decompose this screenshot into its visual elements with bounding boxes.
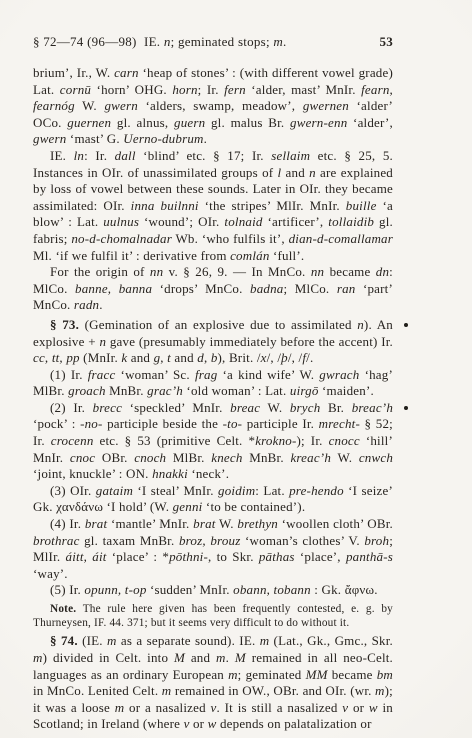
text-run: ‘way’. <box>33 566 68 581</box>
text-run: W. <box>260 400 290 415</box>
italic-text: no-d-chomalnadar <box>71 231 172 246</box>
italic-text: opunn, t-op <box>84 582 146 597</box>
text-run: gave (presumably immediately before the … <box>106 334 393 349</box>
text-run: depends on palatalization or <box>217 716 372 731</box>
text-run: (Lat., Gk., Gmc., Skr. <box>269 633 393 648</box>
italic-text: n <box>164 34 171 49</box>
italic-text: mrecht- <box>319 416 360 431</box>
text-run: . <box>204 131 207 146</box>
italic-text: pōthni- <box>169 549 208 564</box>
text-run: ‘maiden’. <box>319 383 374 398</box>
text-run: : Ir. <box>84 148 115 163</box>
text-run: gl. alnus, <box>111 115 174 130</box>
text-run: ; MlCo. <box>284 281 337 296</box>
text-run: MnBr. <box>106 383 147 398</box>
text-run: /, / <box>267 350 282 365</box>
italic-text: guern <box>174 115 205 130</box>
text-run: ‘the stripes’ MlIr. MnIr. <box>199 198 346 213</box>
item-4: (4) Ir. brat ‘mantle’ MnIr. brat W. bret… <box>33 516 393 582</box>
text-run: Ml. ‘if we fulfil it’ : derivative from <box>33 248 230 263</box>
italic-text: genni <box>173 499 203 514</box>
italic-text: broz, brouz <box>179 533 241 548</box>
text-run: ‘a kind wife’ W. <box>217 367 319 382</box>
text-run: IE. <box>144 34 164 49</box>
italic-text: m <box>162 683 172 698</box>
italic-text: broh <box>364 533 389 548</box>
text-run: ‘drops’ MnCo. <box>152 281 250 296</box>
italic-text: knech <box>211 450 242 465</box>
italic-text: w <box>369 700 378 715</box>
text-run: /, / <box>288 350 303 365</box>
paragraph-brium-continuation: brium’, Ir., W. carn ‘heap of stones’ : … <box>33 65 393 148</box>
italic-text: m <box>216 650 226 665</box>
italic-text: gataim <box>96 483 133 498</box>
italic-text: m <box>273 34 283 49</box>
text-block: § 72—74 (96—98) IE. n; geminated stops; … <box>33 34 393 733</box>
text-run: ‘alder, mast’ MnIr. <box>246 82 361 97</box>
text-run: . <box>99 297 102 312</box>
item-3: (3) OIr. gataim ‘I steal’ MnIr. goidim: … <box>33 483 393 516</box>
italic-text: goidim <box>218 483 255 498</box>
italic-text: inna builnni <box>131 198 199 213</box>
italic-text: w <box>208 716 217 731</box>
text-run: ‘full’. <box>270 248 305 263</box>
text-run: W. <box>216 516 238 531</box>
italic-text: b <box>211 350 218 365</box>
italic-text: brothrac <box>33 533 80 548</box>
text-run: . <box>226 650 235 665</box>
text-run: OBr. <box>95 450 134 465</box>
bold-text: § 73. <box>50 317 79 332</box>
italic-text: banne, banna <box>75 281 152 296</box>
italic-text: tollaidib <box>328 214 374 229</box>
text-run: , <box>204 350 211 365</box>
italic-text: brat <box>85 516 107 531</box>
text-run: became <box>324 264 376 279</box>
book-page: § 72—74 (96—98) IE. n; geminated stops; … <box>0 0 472 738</box>
text-run: : Lat. <box>255 483 289 498</box>
italic-text: m <box>107 633 117 648</box>
text-run: became <box>328 667 377 682</box>
text-run: or a nasalized <box>124 700 210 715</box>
italic-text: kreac’h <box>290 450 331 465</box>
text-run: W. <box>75 98 105 113</box>
italic-text: M <box>174 650 185 665</box>
text-run: /. <box>306 350 313 365</box>
text-run: ‘blind’ etc. § 17; Ir. <box>136 148 272 163</box>
section-74: § 74. (IE. m as a separate sound). IE. m… <box>33 633 393 733</box>
text-run: remained in OW., OBr. and OIr. (wr. <box>171 683 375 698</box>
bold-text: § 74. <box>50 633 78 648</box>
text-run: participle beside the <box>103 416 223 431</box>
italic-text: nn <box>311 264 324 279</box>
italic-text: crocenn <box>51 433 94 448</box>
italic-text: pāthas <box>259 549 295 564</box>
item-2: (2) Ir. brecc ‘speckled’ MnIr. breac W. … <box>33 400 393 483</box>
italic-text: M <box>235 650 246 665</box>
italic-text: dian-d-comallamar <box>289 231 393 246</box>
text-run: or <box>190 716 208 731</box>
italic-text: -to- <box>223 416 243 431</box>
italic-text: ln <box>74 148 85 163</box>
italic-text: MM <box>306 667 328 682</box>
text-run: in MnCo. Lenited Celt. <box>33 683 162 698</box>
text-run: . <box>283 34 287 49</box>
italic-text: n <box>309 165 316 180</box>
text-run: etc. § 53 (primitive Celt. * <box>94 433 256 448</box>
bold-text: Note. <box>50 603 76 615</box>
running-title: IE. n; geminated stops; m. <box>144 34 287 50</box>
italic-text: cc, tt, pp <box>33 350 80 365</box>
text-run: ‘horn’ OHG. <box>91 82 172 97</box>
text-run: MlBr. <box>166 450 211 465</box>
text-run: IE. <box>50 148 74 163</box>
text-run: ), Brit. / <box>218 350 261 365</box>
text-run: ; Ir. <box>198 82 224 97</box>
text-run: ‘mast’ G. <box>66 131 123 146</box>
italic-text: krokno- <box>255 433 296 448</box>
italic-text: n <box>357 317 364 332</box>
italic-text: groach <box>68 383 106 398</box>
text-run: The rule here given has been frequently … <box>33 603 393 629</box>
italic-text: sellaim <box>271 148 310 163</box>
text-run: Wb. ‘who fulfils it’, <box>172 231 289 246</box>
italic-text: pre-hendo <box>289 483 344 498</box>
text-run: ‘pock’ : <box>33 416 80 431</box>
text-run: (5) Ir. <box>50 582 84 597</box>
italic-text: cnoch <box>134 450 166 465</box>
page-body: brium’, Ir., W. carn ‘heap of stones’ : … <box>33 65 393 733</box>
paragraph-ie-ln: IE. ln: Ir. dall ‘blind’ etc. § 17; Ir. … <box>33 148 393 264</box>
italic-text: breac’h <box>352 400 393 415</box>
text-run: (1) Ir. <box>50 367 88 382</box>
text-run: (IE. <box>78 633 107 648</box>
italic-text: m <box>375 683 385 698</box>
italic-text: áitt, áit <box>66 549 107 564</box>
text-run: ‘mantle’ MnIr. <box>107 516 193 531</box>
text-run: ‘I steal’ MnIr. <box>133 483 218 498</box>
italic-text: gwernen <box>303 98 349 113</box>
text-run: ‘alders, swamp, meadow’, <box>138 98 303 113</box>
italic-text: gwrach <box>319 367 359 382</box>
text-run: and <box>281 165 309 180</box>
italic-text: cnoc <box>70 450 95 465</box>
italic-text: carn <box>114 65 139 80</box>
text-run: brium’, Ir., W. <box>33 65 114 80</box>
italic-text: gwern <box>33 131 66 146</box>
italic-text: obann, tobann <box>233 582 311 597</box>
italic-text: badna <box>250 281 283 296</box>
text-run: ‘wound’; OIr. <box>139 214 224 229</box>
text-run: (2) Ir. <box>50 400 93 415</box>
italic-text: comlán <box>230 248 269 263</box>
italic-text: frag <box>195 367 217 382</box>
italic-text: horn <box>172 82 197 97</box>
text-run: Br. <box>320 400 351 415</box>
section-range: § 72—74 (96—98) <box>33 34 137 50</box>
italic-text: grac’h <box>147 383 183 398</box>
italic-text: panthā-s <box>346 549 393 564</box>
text-run: ‘old woman’ : Lat. <box>183 383 290 398</box>
text-run: participle Ir. <box>242 416 318 431</box>
italic-text: -no- <box>80 416 102 431</box>
italic-text: fern <box>224 82 246 97</box>
text-run: ‘place’, <box>295 549 346 564</box>
italic-text: m <box>115 700 125 715</box>
italic-text: uulnus <box>103 214 139 229</box>
italic-text: dall <box>115 148 136 163</box>
text-run: ; geminated <box>238 667 306 682</box>
italic-text: brat <box>193 516 215 531</box>
text-run: ‘sudden’ MnIr. <box>147 582 234 597</box>
italic-text: guernen <box>67 115 111 130</box>
italic-text: m <box>228 667 238 682</box>
italic-text: tolnaid <box>224 214 262 229</box>
italic-text: cnwch <box>359 450 393 465</box>
italic-text: radn <box>74 297 99 312</box>
italic-text: nn <box>150 264 163 279</box>
note: Note. The rule here given has been frequ… <box>33 602 393 630</box>
italic-text: m <box>33 650 43 665</box>
text-run: ‘joint, knuckle’ : ON. <box>33 466 152 481</box>
italic-text: breac <box>230 400 260 415</box>
italic-text: uirgō <box>290 383 319 398</box>
text-run: ; geminated stops; <box>171 34 274 49</box>
italic-text: fracc <box>88 367 116 382</box>
text-run: ‘place’ : * <box>107 549 170 564</box>
text-run: ‘to be contained’). <box>202 499 305 514</box>
italic-text: brych <box>290 400 321 415</box>
text-run: , to Skr. <box>208 549 259 564</box>
text-run: ) divided in Celt. into <box>43 650 174 665</box>
text-run: and <box>185 650 216 665</box>
italic-text: brethyn <box>237 516 278 531</box>
italic-text: gwern <box>104 98 137 113</box>
text-run: ); Ir. <box>297 433 329 448</box>
italic-text: gwern-enn <box>290 115 347 130</box>
text-run: ‘woman’s clothes’ V. <box>240 533 364 548</box>
text-run: (MnIr. <box>80 350 122 365</box>
item-5: (5) Ir. opunn, t-op ‘sudden’ MnIr. obann… <box>33 582 393 599</box>
section-73: § 73. (Gemination of an explosive due to… <box>33 317 393 367</box>
italic-text: cnocc <box>329 433 360 448</box>
text-run: gl. taxam MnBr. <box>80 533 179 548</box>
text-run: ‘artificer’, <box>263 214 329 229</box>
italic-text: ran <box>337 281 356 296</box>
text-run: as a separate sound). IE. <box>117 633 260 648</box>
page-header: § 72—74 (96—98) IE. n; geminated stops; … <box>33 34 393 50</box>
text-run: (3) OIr. <box>50 483 96 498</box>
text-run: : Gk. ἄφνω. <box>311 582 378 597</box>
text-run: ‘woman’ Sc. <box>115 367 195 382</box>
italic-text: m <box>260 633 270 648</box>
text-run: and <box>171 350 197 365</box>
margin-bullet-icon <box>404 323 408 327</box>
page-number: 53 <box>379 34 393 50</box>
italic-text: d <box>197 350 204 365</box>
margin-bullet-icon <box>404 406 408 410</box>
italic-text: bm <box>377 667 393 682</box>
text-run: MnBr. <box>243 450 291 465</box>
item-1: (1) Ir. fracc ‘woman’ Sc. frag ‘a kind w… <box>33 367 393 400</box>
text-run: ‘alder’, <box>347 115 393 130</box>
text-run: ‘neck’. <box>188 466 229 481</box>
italic-text: cornū <box>60 82 91 97</box>
italic-text: þ <box>281 350 288 365</box>
paragraph-nn-origin: For the origin of nn v. § 26, 9. — In Mn… <box>33 264 393 314</box>
text-run: . It is still a nasalized <box>216 700 342 715</box>
italic-text: hnakki <box>152 466 188 481</box>
text-run: or <box>348 700 369 715</box>
text-run: W. <box>331 450 359 465</box>
italic-text: brecc <box>93 400 122 415</box>
italic-text: buille <box>346 198 377 213</box>
text-run: For the origin of <box>50 264 150 279</box>
italic-text: Uerno-dubrum <box>123 131 203 146</box>
italic-text: dn <box>376 264 389 279</box>
text-run: (Gemination of an explosive due to assim… <box>79 317 357 332</box>
text-run: ‘woollen cloth’ OBr. <box>278 516 393 531</box>
text-run: and <box>127 350 153 365</box>
text-run: gl. malus Br. <box>205 115 290 130</box>
text-run: (4) Ir. <box>50 516 85 531</box>
text-run: v. § 26, 9. — In MnCo. <box>163 264 311 279</box>
text-run: ‘speckled’ MnIr. <box>122 400 230 415</box>
